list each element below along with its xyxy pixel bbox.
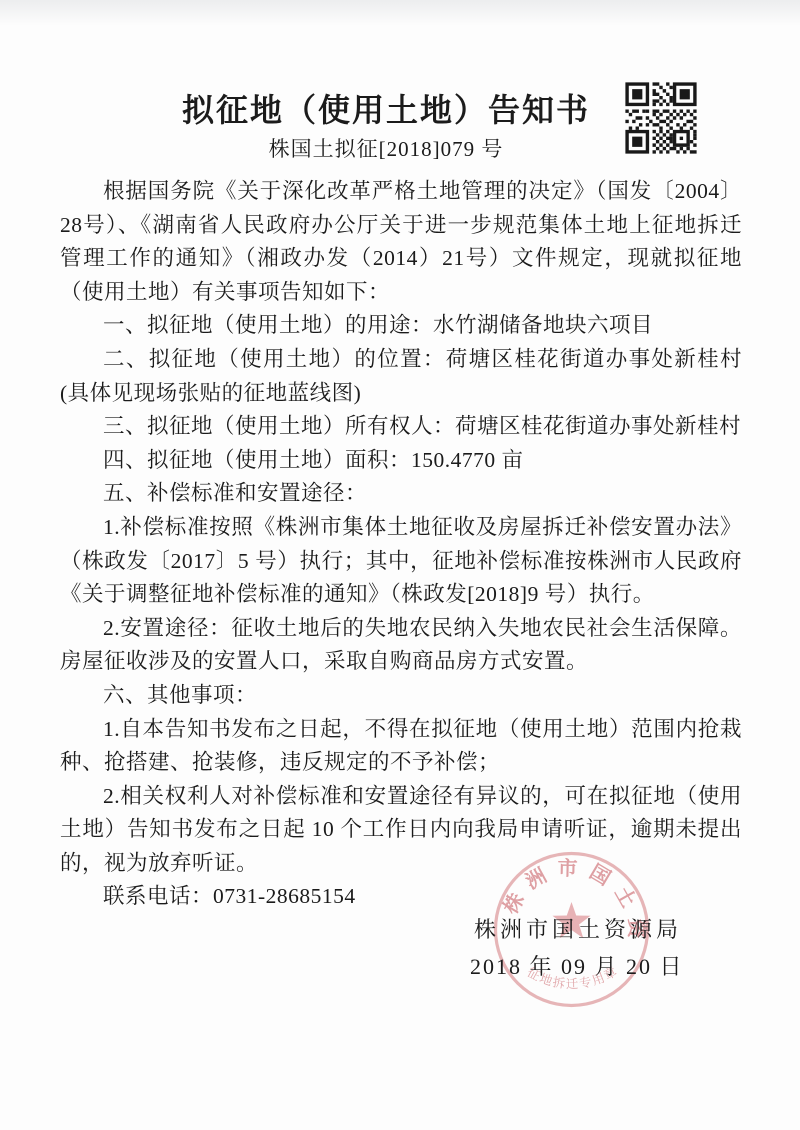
paragraph-item-4: 四、拟征地（使用土地）面积：150.4770 亩 xyxy=(60,444,742,478)
document-body: 根据国务院《关于深化改革严格土地管理的决定》（国发〔2004〕28号）、《湖南省… xyxy=(60,175,742,914)
paragraph-item-6: 六、其他事项： xyxy=(60,679,742,713)
paragraph-item-5-2: 2.安置途径：征收土地后的失地农民纳入失地农民社会生活保障。房屋征收涉及的安置人… xyxy=(60,612,742,679)
paragraph-item-5-1: 1.补偿标准按照《株洲市集体土地征收及房屋拆迁补偿安置办法》（株政发〔2017〕… xyxy=(60,511,742,612)
notice-document-page: 拟征地（使用土地）告知书 株国土拟征[2018]079 号 根据国务院《关于深化… xyxy=(0,0,800,1130)
paragraph-intro: 根据国务院《关于深化改革严格土地管理的决定》（国发〔2004〕28号）、《湖南省… xyxy=(60,175,742,309)
paragraph-item-1: 一、拟征地（使用土地）的用途：水竹湖储备地块六项目 xyxy=(60,309,742,343)
qr-code-icon xyxy=(621,79,701,157)
paragraph-item-6-1: 1.自本告知书发布之日起，不得在拟征地（使用土地）范围内抢栽种、抢搭建、抢装修，… xyxy=(60,713,742,780)
qr-code-graphic xyxy=(621,79,701,157)
paragraph-item-2: 二、拟征地（使用土地）的位置：荷塘区桂花街道办事处新桂村 (具体见现场张贴的征地… xyxy=(60,343,742,410)
paragraph-item-3: 三、拟征地（使用土地）所有权人：荷塘区桂花街道办事处新桂村 xyxy=(60,410,742,444)
signature-date: 2018 年 09 月 20 日 xyxy=(470,950,684,981)
signature-organization: 株洲市国土资源局 xyxy=(474,913,682,944)
paragraph-item-5: 五、补偿标准和安置途径： xyxy=(60,477,742,511)
